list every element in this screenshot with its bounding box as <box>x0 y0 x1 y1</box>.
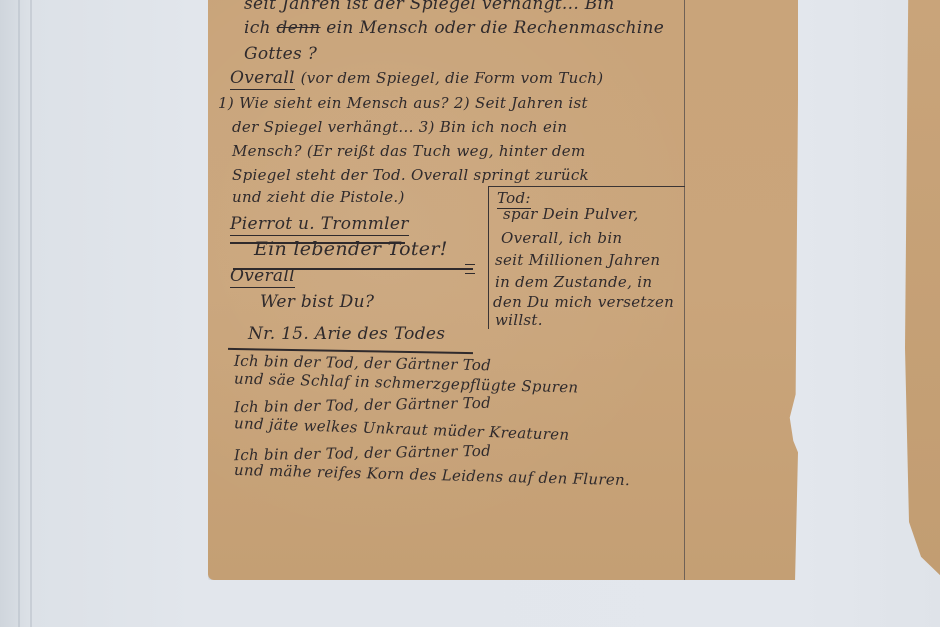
text-line: in dem Zustande, in <box>495 273 652 291</box>
aria-line: und mähe reifes Korn des Leidens auf den… <box>234 461 630 489</box>
text-line: ich denn ein Mensch oder die Rechenmasch… <box>244 18 664 38</box>
struck-word: denn <box>277 18 321 38</box>
text-line: der Spiegel verhängt... 3) Bin ich noch … <box>232 118 567 136</box>
text-fragment: ein Mensch oder die Rechenmaschine <box>321 18 665 38</box>
left-binding-fold-2 <box>30 0 32 627</box>
character-name-pierrot-trommler: Pierrot u. Trommler <box>230 214 409 236</box>
aria-line: Ich bin der Tod, der Gärtner Tod <box>234 394 491 416</box>
text-line: Ein lebender Toter! <box>254 238 448 260</box>
tod-dialogue-box: Tod: spar Dein Pulver, Overall, ich bin … <box>488 186 685 329</box>
aria-heading: Nr. 15. Arie des Todes <box>248 324 445 344</box>
text-line: den Du mich versetzen <box>493 293 674 311</box>
adjacent-page-edge <box>905 0 940 580</box>
text-fragment: ich <box>244 18 277 38</box>
text-line: 1) Wie sieht ein Mensch aus? 2) Seit Jah… <box>218 94 588 112</box>
character-name-overall: Overall <box>230 68 295 90</box>
text-line: Spiegel steht der Tod. Overall springt z… <box>232 166 589 184</box>
text-line: spar Dein Pulver, <box>503 205 639 223</box>
left-binding-fold <box>18 0 20 627</box>
character-name-overall-2: Overall <box>230 266 295 288</box>
stage-direction: (vor dem Spiegel, die Form vom Tuch) <box>301 69 604 87</box>
text-line: Mensch? (Er reißt das Tuch weg, hinter d… <box>232 142 586 160</box>
text-line: seit Jahren ist der Spiegel verhängt... … <box>244 0 615 14</box>
aria-line: und säe Schlaf in schmerzgepflügte Spure… <box>234 369 579 396</box>
text-line: seit Millionen Jahren <box>495 251 660 269</box>
text-line: willst. <box>495 311 543 329</box>
text-line: Overall, ich bin <box>501 229 622 247</box>
text-line: und zieht die Pistole.) <box>232 188 405 206</box>
text-line: Wer bist Du? <box>260 292 374 312</box>
overall-stage-line: Overall (vor dem Spiegel, die Form vom T… <box>230 68 603 88</box>
manuscript-page: seit Jahren ist der Spiegel verhängt... … <box>208 0 798 580</box>
text-line: Gottes ? <box>244 44 317 64</box>
aria-line: und jäte welkes Unkraut müder Kreaturen <box>234 414 570 444</box>
